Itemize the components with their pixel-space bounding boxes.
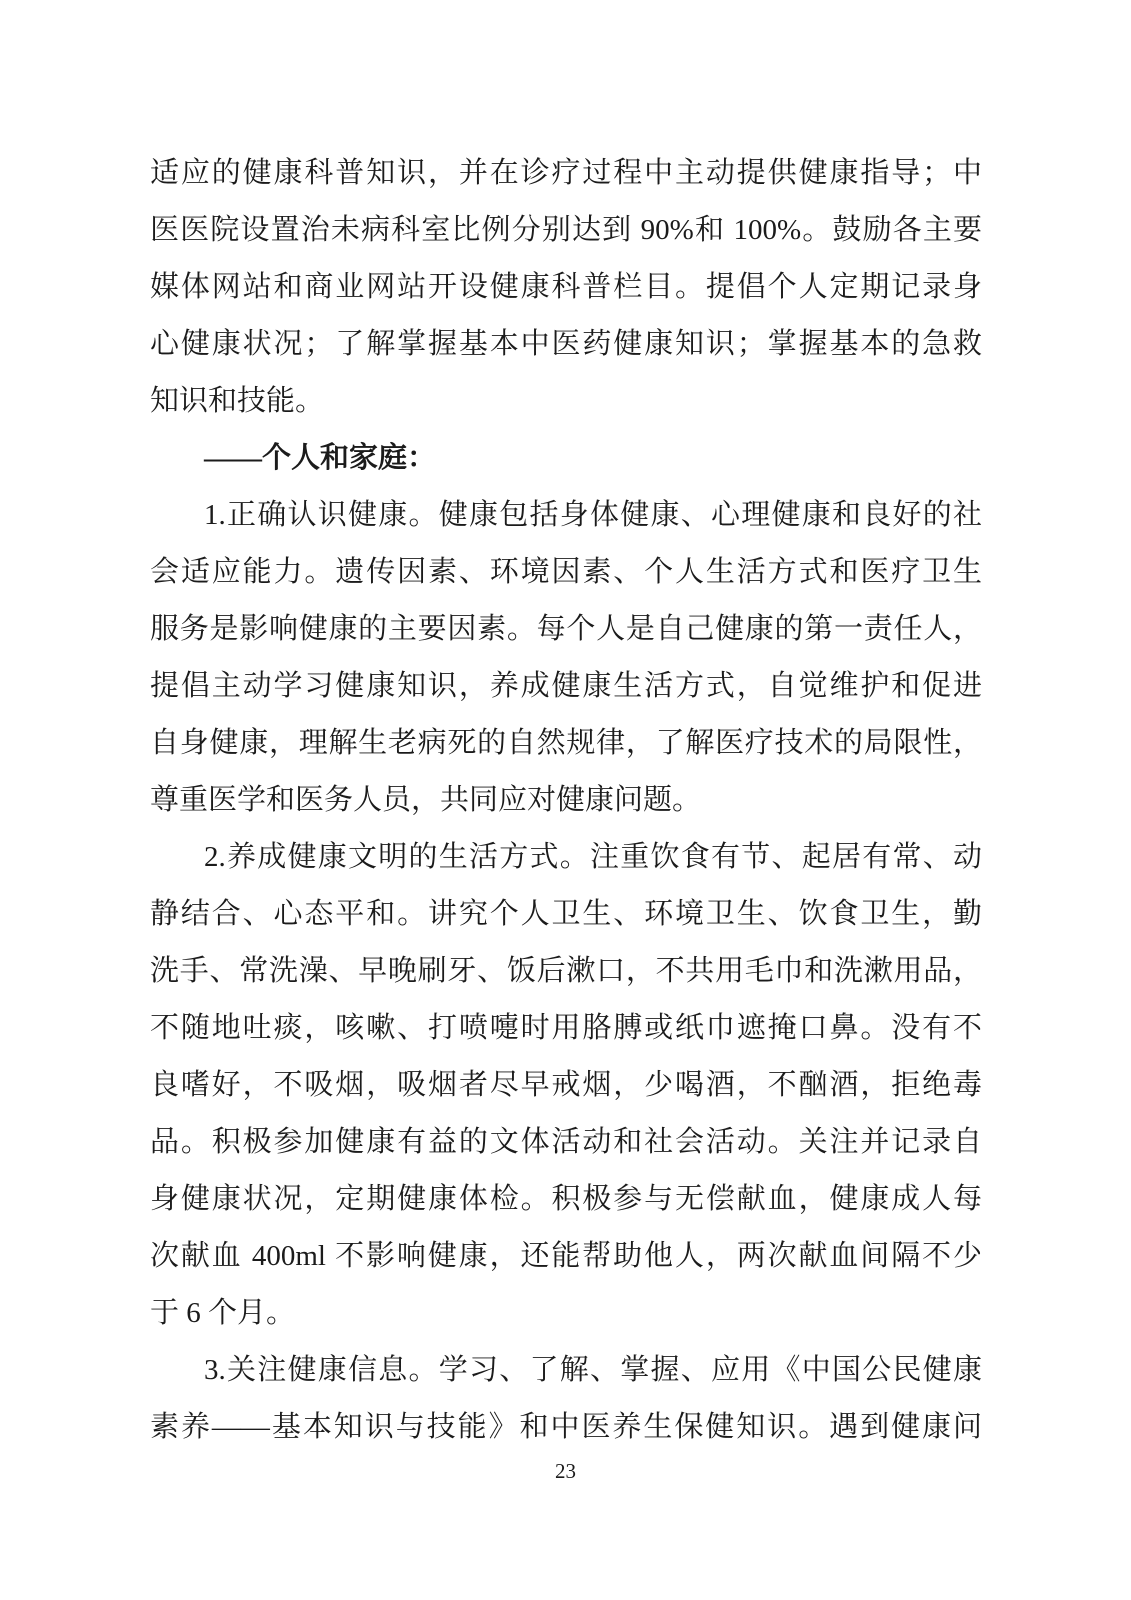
text-line: 1.正确认识健康。健康包括身体健康、心理健康和良好的社 bbox=[150, 487, 982, 544]
text-line: 心健康状况；了解掌握基本中医药健康知识；掌握基本的急救 bbox=[150, 316, 982, 373]
text-line: 不随地吐痰，咳嗽、打喷嚏时用胳膊或纸巾遮掩口鼻。没有不 bbox=[150, 1000, 982, 1057]
text-line: 品。积极参加健康有益的文体活动和社会活动。关注并记录自 bbox=[150, 1114, 982, 1171]
text-line: 身健康状况，定期健康体检。积极参与无偿献血，健康成人每 bbox=[150, 1171, 982, 1228]
text-line: 2.养成健康文明的生活方式。注重饮食有节、起居有常、动 bbox=[150, 829, 982, 886]
text-line: 医医院设置治未病科室比例分别达到 90%和 100%。鼓励各主要 bbox=[150, 202, 982, 259]
text-line: 媒体网站和商业网站开设健康科普栏目。提倡个人定期记录身 bbox=[150, 259, 982, 316]
text-line: 洗手、常洗澡、早晚刷牙、饭后漱口，不共用毛巾和洗漱用品， bbox=[150, 943, 982, 1000]
text-line: 3.关注健康信息。学习、了解、掌握、应用《中国公民健康 bbox=[150, 1342, 982, 1399]
text-line: 静结合、心态平和。讲究个人卫生、环境卫生、饮食卫生，勤 bbox=[150, 886, 982, 943]
text-line: 自身健康，理解生老病死的自然规律，了解医疗技术的局限性， bbox=[150, 715, 982, 772]
text-line: 会适应能力。遗传因素、环境因素、个人生活方式和医疗卫生 bbox=[150, 544, 982, 601]
page-number: 23 bbox=[0, 1458, 1131, 1484]
text-line: 尊重医学和医务人员，共同应对健康问题。 bbox=[150, 772, 982, 829]
text-block: 适应的健康科普知识，并在诊疗过程中主动提供健康指导；中 医医院设置治未病科室比例… bbox=[150, 145, 982, 1456]
text-line: 次献血 400ml 不影响健康，还能帮助他人，两次献血间隔不少 bbox=[150, 1228, 982, 1285]
text-line: 知识和技能。 bbox=[150, 373, 982, 430]
text-line: 提倡主动学习健康知识，养成健康生活方式，自觉维护和促进 bbox=[150, 658, 982, 715]
text-line: 良嗜好，不吸烟，吸烟者尽早戒烟，少喝酒，不酗酒，拒绝毒 bbox=[150, 1057, 982, 1114]
text-line: 于 6 个月。 bbox=[150, 1285, 982, 1342]
section-heading: ——个人和家庭： bbox=[150, 430, 982, 487]
text-line: 适应的健康科普知识，并在诊疗过程中主动提供健康指导；中 bbox=[150, 145, 982, 202]
document-page: 适应的健康科普知识，并在诊疗过程中主动提供健康指导；中 医医院设置治未病科室比例… bbox=[0, 0, 1131, 1600]
text-line: 素养——基本知识与技能》和中医养生保健知识。遇到健康问 bbox=[150, 1399, 982, 1456]
text-line: 服务是影响健康的主要因素。每个人是自己健康的第一责任人， bbox=[150, 601, 982, 658]
